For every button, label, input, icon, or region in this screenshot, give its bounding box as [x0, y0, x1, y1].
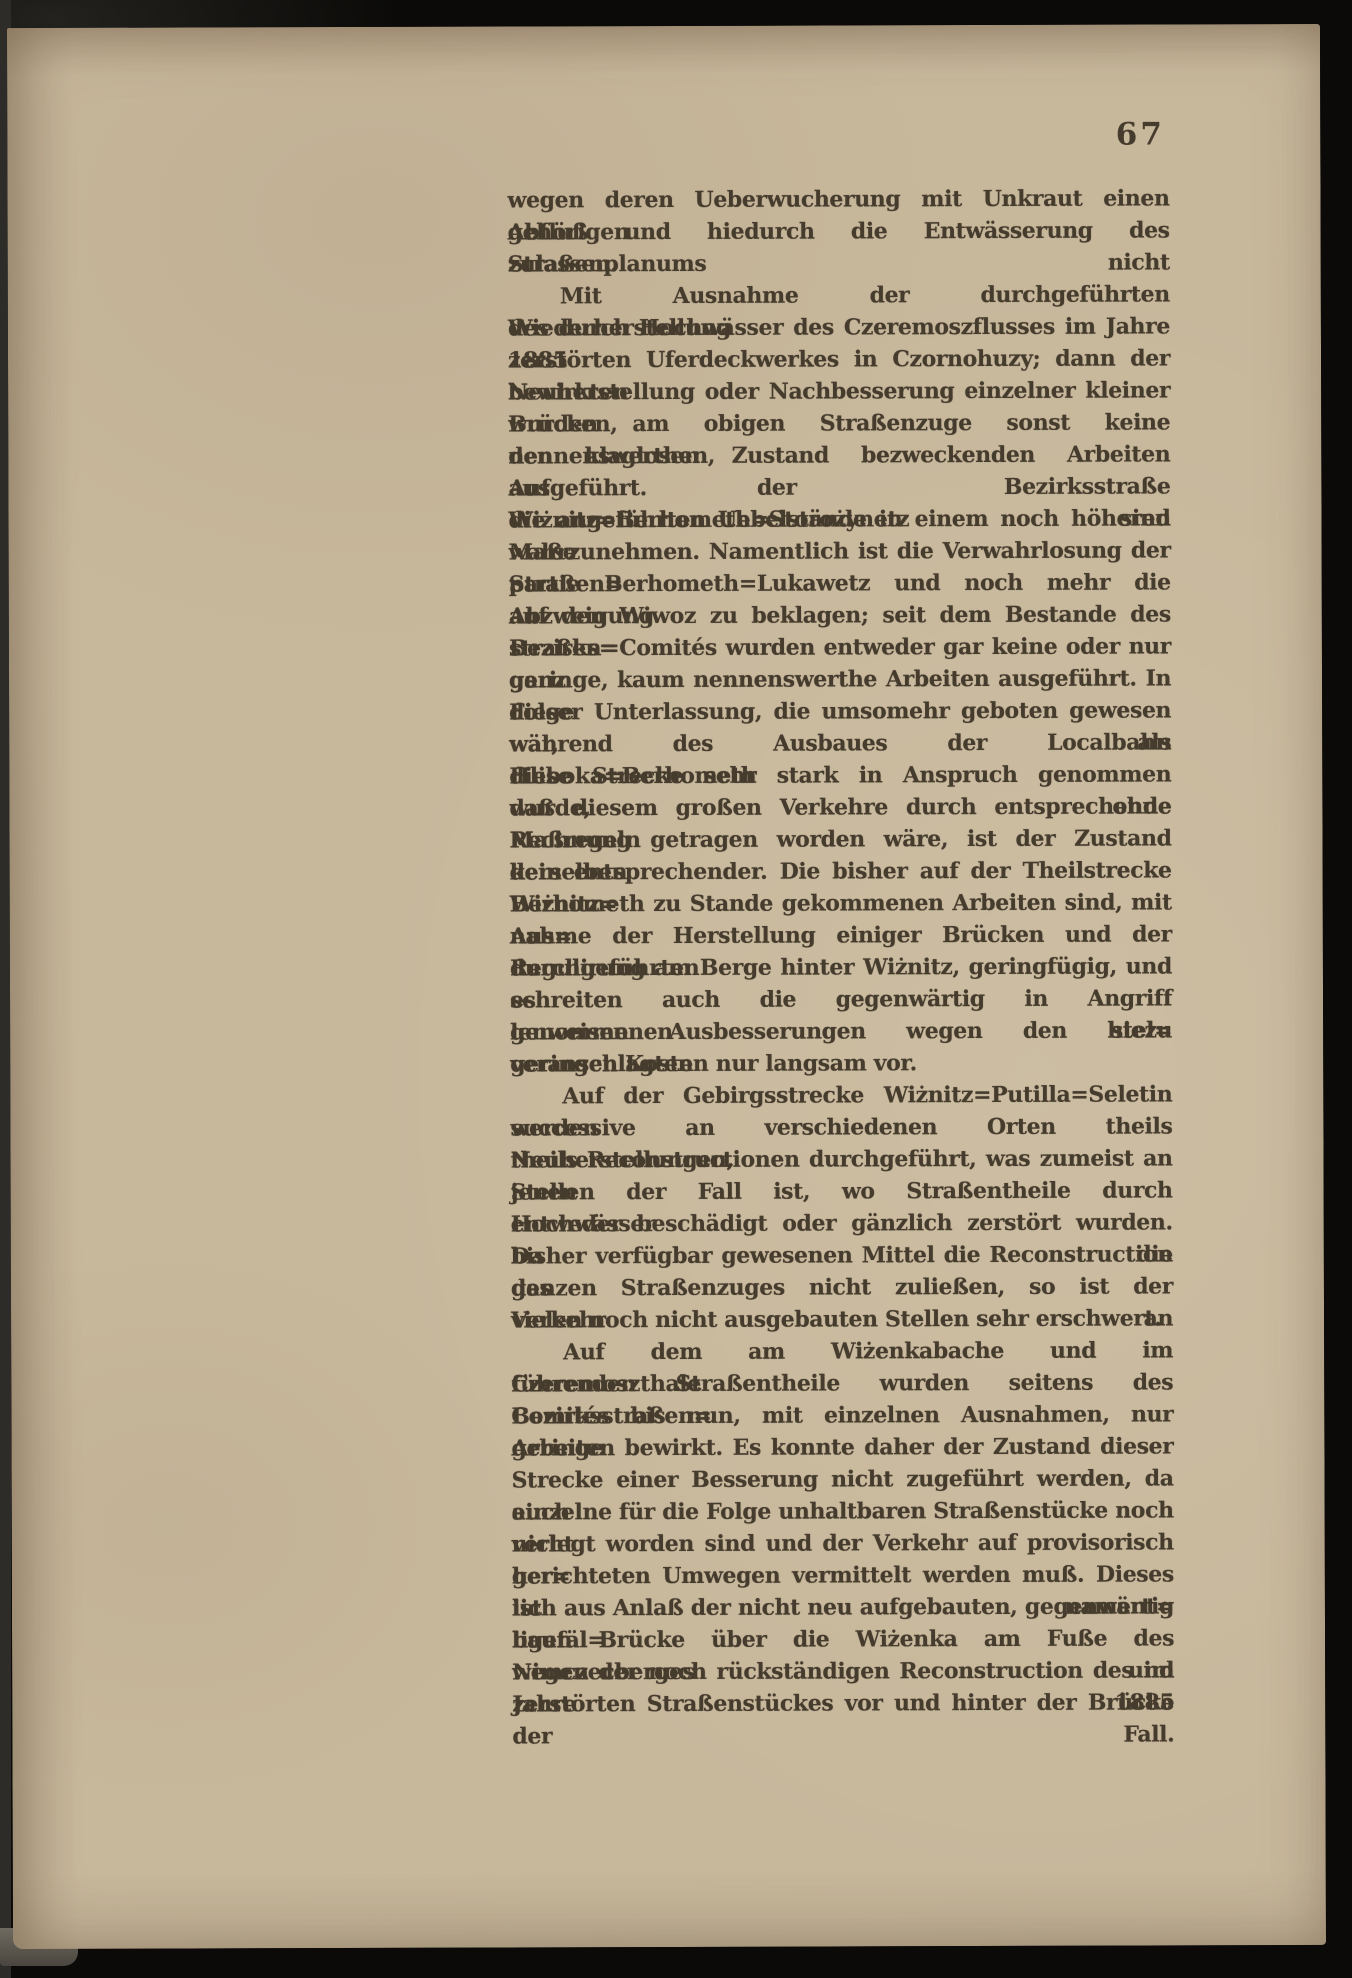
text-line: vielen noch nicht ausgebauten Stellen se…: [511, 1302, 1173, 1336]
text-line: ganzen Straßenzuges nicht zuließen, so i…: [511, 1270, 1173, 1304]
text-line: während des Ausbaues der Localbahn Hlibo…: [509, 726, 1171, 760]
text-line: Berhometh zu Stande gekommenen Arbeiten …: [510, 886, 1172, 920]
text-line: Regulirung am Berge hinter Wiżnitz, geri…: [510, 950, 1172, 984]
text-line: bisher verfügbar gewesenen Mittel die Re…: [511, 1238, 1173, 1272]
text-line: einzelne für die Folge unhaltbaren Straß…: [512, 1494, 1174, 1528]
text-line: geringen Kosten nur langsam vor.: [510, 1046, 1172, 1080]
text-line: den klaglosen Zustand bezweckenden Arbei…: [508, 438, 1170, 472]
text-line: wegen der noch rückständigen Reconstruct…: [512, 1654, 1174, 1688]
page-text: wegen deren Ueberwucherung mit Unkraut e…: [507, 182, 1174, 1720]
page-number: 67: [1102, 116, 1178, 152]
text-line: des durch Hochwässer des Czeremoszflusse…: [508, 310, 1170, 344]
text-line: ligen Brücke über die Wiżenka am Fuße de…: [512, 1622, 1174, 1656]
text-line: Stellen der Fall ist, wo Straßentheile d…: [511, 1174, 1173, 1208]
text-line: Arbeiten bewirkt. Es konnte daher der Zu…: [511, 1430, 1173, 1464]
text-line: Auf der Gebirgsstrecke Wiżnitz=Putilla=S…: [510, 1078, 1172, 1112]
text-line: Abfluß und hiedurch die Entwässerung des…: [508, 214, 1170, 248]
text-line: wahrzunehmen. Namentlich ist die Verwahr…: [509, 534, 1171, 568]
text-line: führenden Straßentheile wurden seitens d…: [511, 1366, 1173, 1400]
text-line: diese Strecke sehr stark in Anspruch gen…: [509, 758, 1171, 792]
text-line: schreiten auch die gegenwärtig in Angrif…: [510, 982, 1172, 1016]
text-line: entweder beschädigt oder gänzlich zerstö…: [511, 1206, 1173, 1240]
text-line: partie Berhometh=Lukawetz und noch mehr …: [509, 566, 1171, 600]
text-line: kein entsprechender. Die bisher auf der …: [510, 854, 1172, 888]
book-page: 67 wegen deren Ueberwucherung mit Unkrau…: [7, 24, 1326, 1949]
paragraph: Mit Ausnahme der durchgeführten Wiederhe…: [508, 278, 1173, 1080]
paragraph: Auf der Gebirgsstrecke Wiżnitz=Putilla=S…: [510, 1078, 1173, 1336]
text-line: Rechnung getragen worden wäre, ist der Z…: [509, 822, 1171, 856]
paragraph: wegen deren Ueberwucherung mit Unkraut e…: [507, 182, 1169, 280]
text-line: theils Reconstructionen durchgeführt, wa…: [510, 1142, 1172, 1176]
text-line: Comités bis nun, mit einzelnen Ausnahmen…: [511, 1398, 1173, 1432]
text-line: geringe, kaum nennenswerthe Arbeiten aus…: [509, 662, 1171, 696]
text-line: verlegt worden sind und der Verkehr auf …: [512, 1526, 1174, 1560]
text-line: zerstörten Uferdeckwerkes in Czornohuzy;…: [508, 342, 1170, 376]
text-line: daß diesem großen Verkehre durch entspre…: [509, 790, 1171, 824]
text-line: successive an verschiedenen Orten theils…: [510, 1110, 1172, 1144]
paragraph: Auf dem am Wiżenkabache und im Czeremosz…: [511, 1334, 1174, 1720]
text-line: gerichteten Umwegen vermittelt werden mu…: [512, 1558, 1174, 1592]
text-line: Neuherstellung oder Nachbesserung einzel…: [508, 374, 1170, 408]
text-line: nahme der Herstellung einiger Brücken un…: [510, 918, 1172, 952]
text-line: zerstörten Straßenstückes vor und hinter…: [512, 1686, 1174, 1720]
text-line: Mit Ausnahme der durchgeführten Wiederhe…: [508, 278, 1170, 312]
text-line: Strecke einer Besserung nicht zugeführt …: [512, 1462, 1174, 1496]
text-line: lich aus Anlaß der nicht neu aufgebauten…: [512, 1590, 1174, 1624]
scan-background: 67 wegen deren Ueberwucherung mit Unkrau…: [0, 0, 1352, 1978]
text-line: auf den Wiwoz zu beklagen; seit dem Best…: [509, 598, 1171, 632]
text-line: wegen deren Ueberwucherung mit Unkraut e…: [507, 182, 1169, 216]
text-line: Auf der Bezirksstraße Wiżnitz=Berhometh=…: [508, 470, 1170, 504]
text-line: die angeführten Uebelstände in einem noc…: [508, 502, 1170, 536]
text-line: wurden am obigen Straßenzuge sonst keine…: [508, 406, 1170, 440]
text-line: lenweisen Ausbesserungen wegen den hiezu…: [510, 1014, 1172, 1048]
text-line: straßen=Comités wurden entweder gar kein…: [509, 630, 1171, 664]
text-line: Auf dem am Wiżenkabache und im Czeremosz…: [511, 1334, 1173, 1368]
text-line: dieser Unterlassung, die umsomehr gebote…: [509, 694, 1171, 728]
